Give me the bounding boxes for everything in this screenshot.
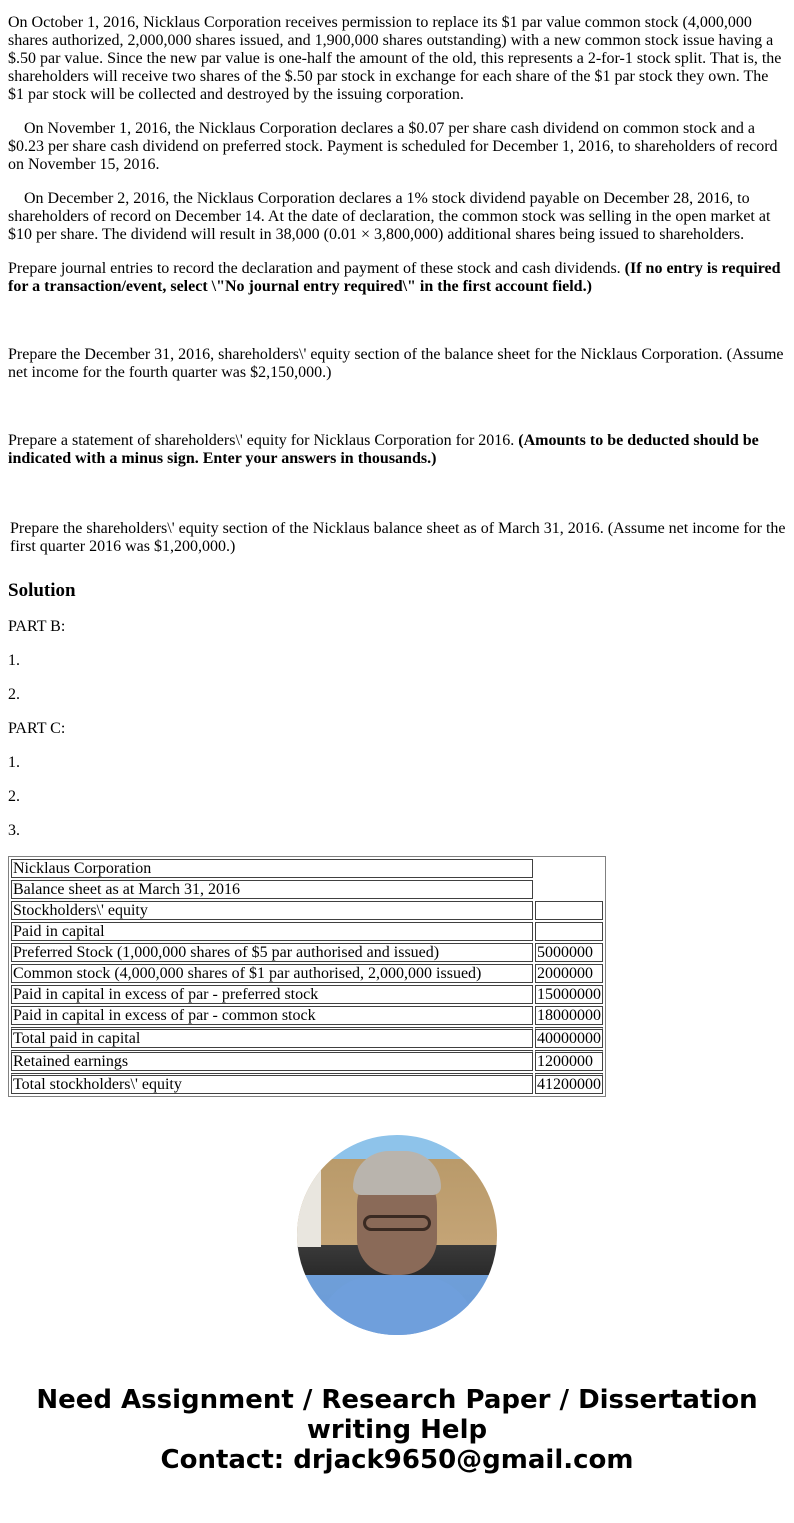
empty-cell bbox=[535, 859, 603, 878]
row-amount: 15000000 bbox=[535, 985, 603, 1004]
row-label-total-paid-in-capital: Total paid in capital bbox=[11, 1027, 533, 1048]
task-journal-entries-text: Prepare journal entries to record the de… bbox=[8, 260, 625, 277]
author-photo-container bbox=[8, 1135, 786, 1335]
question-paragraph-stock-dividend: On December 2, 2016, the Nicklaus Corpor… bbox=[8, 190, 786, 244]
solution-part-c-item-1: 1. bbox=[8, 754, 786, 772]
solution-part-c-item-2: 2. bbox=[8, 788, 786, 806]
question-paragraph-cash-dividend: On November 1, 2016, the Nicklaus Corpor… bbox=[8, 120, 786, 174]
empty-cell bbox=[535, 880, 603, 899]
promo-line-2: writing Help bbox=[8, 1415, 786, 1445]
table-row: Retained earnings 1200000 bbox=[11, 1050, 603, 1071]
document-body: On October 1, 2016, Nicklaus Corporation… bbox=[0, 0, 794, 1475]
balance-sheet-company-name: Nicklaus Corporation bbox=[11, 859, 533, 878]
table-row: Preferred Stock (1,000,000 shares of $5 … bbox=[11, 943, 603, 962]
avatar-background-detail bbox=[297, 1157, 321, 1247]
task-journal-entries: Prepare journal entries to record the de… bbox=[8, 260, 786, 296]
table-row: Total paid in capital 40000000 bbox=[11, 1027, 603, 1048]
table-row: Balance sheet as at March 31, 2016 bbox=[11, 880, 603, 899]
row-amount-total-paid-in-capital: 40000000 bbox=[535, 1027, 603, 1048]
solution-part-b-item-2: 2. bbox=[8, 686, 786, 704]
solution-part-c-item-3: 3. bbox=[8, 822, 786, 840]
row-amount: 18000000 bbox=[535, 1006, 603, 1025]
table-row: Paid in capital in excess of par - commo… bbox=[11, 1006, 603, 1025]
row-amount-retained-earnings: 1200000 bbox=[535, 1050, 603, 1071]
row-label: Stockholders\' equity bbox=[11, 901, 533, 920]
row-label: Paid in capital bbox=[11, 922, 533, 941]
avatar-glasses bbox=[363, 1215, 431, 1231]
row-label: Paid in capital in excess of par - prefe… bbox=[11, 985, 533, 1004]
table-row: Stockholders\' equity bbox=[11, 901, 603, 920]
avatar-hair bbox=[353, 1151, 441, 1195]
table-row: Total stockholders\' equity 41200000 bbox=[11, 1073, 603, 1094]
solution-heading: Solution bbox=[8, 580, 786, 602]
promo-line-1: Need Assignment / Research Paper / Disse… bbox=[8, 1385, 786, 1415]
task-statement-of-equity: Prepare a statement of shareholders\' eq… bbox=[8, 432, 786, 468]
row-amount bbox=[535, 901, 603, 920]
row-label-total-equity: Total stockholders\' equity bbox=[11, 1073, 533, 1094]
task-statement-of-equity-text: Prepare a statement of shareholders\' eq… bbox=[8, 432, 518, 449]
promo-banner: Need Assignment / Research Paper / Disse… bbox=[8, 1385, 786, 1475]
solution-part-b-label: PART B: bbox=[8, 618, 786, 636]
balance-sheet-table: Nicklaus Corporation Balance sheet as at… bbox=[8, 856, 606, 1097]
solution-part-b-item-1: 1. bbox=[8, 652, 786, 670]
row-label: Paid in capital in excess of par - commo… bbox=[11, 1006, 533, 1025]
balance-sheet-date: Balance sheet as at March 31, 2016 bbox=[11, 880, 533, 899]
solution-part-c-label: PART C: bbox=[8, 720, 786, 738]
question-paragraph-stock-split: On October 1, 2016, Nicklaus Corporation… bbox=[8, 0, 786, 104]
row-label: Preferred Stock (1,000,000 shares of $5 … bbox=[11, 943, 533, 962]
table-row: Paid in capital bbox=[11, 922, 603, 941]
table-row: Paid in capital in excess of par - prefe… bbox=[11, 985, 603, 1004]
table-row: Nicklaus Corporation bbox=[11, 859, 603, 878]
author-avatar bbox=[297, 1135, 497, 1335]
promo-contact: Contact: drjack9650@gmail.com bbox=[8, 1445, 786, 1475]
row-amount-total-equity: 41200000 bbox=[535, 1073, 603, 1094]
task-dec31-equity-section: Prepare the December 31, 2016, sharehold… bbox=[8, 346, 786, 382]
task-mar31-equity-section: Prepare the shareholders\' equity sectio… bbox=[8, 520, 786, 556]
row-label: Common stock (4,000,000 shares of $1 par… bbox=[11, 964, 533, 983]
row-amount: 5000000 bbox=[535, 943, 603, 962]
row-label-retained-earnings: Retained earnings bbox=[11, 1050, 533, 1071]
row-amount bbox=[535, 922, 603, 941]
avatar-shirt bbox=[317, 1275, 477, 1335]
table-row: Common stock (4,000,000 shares of $1 par… bbox=[11, 964, 603, 983]
row-amount: 2000000 bbox=[535, 964, 603, 983]
